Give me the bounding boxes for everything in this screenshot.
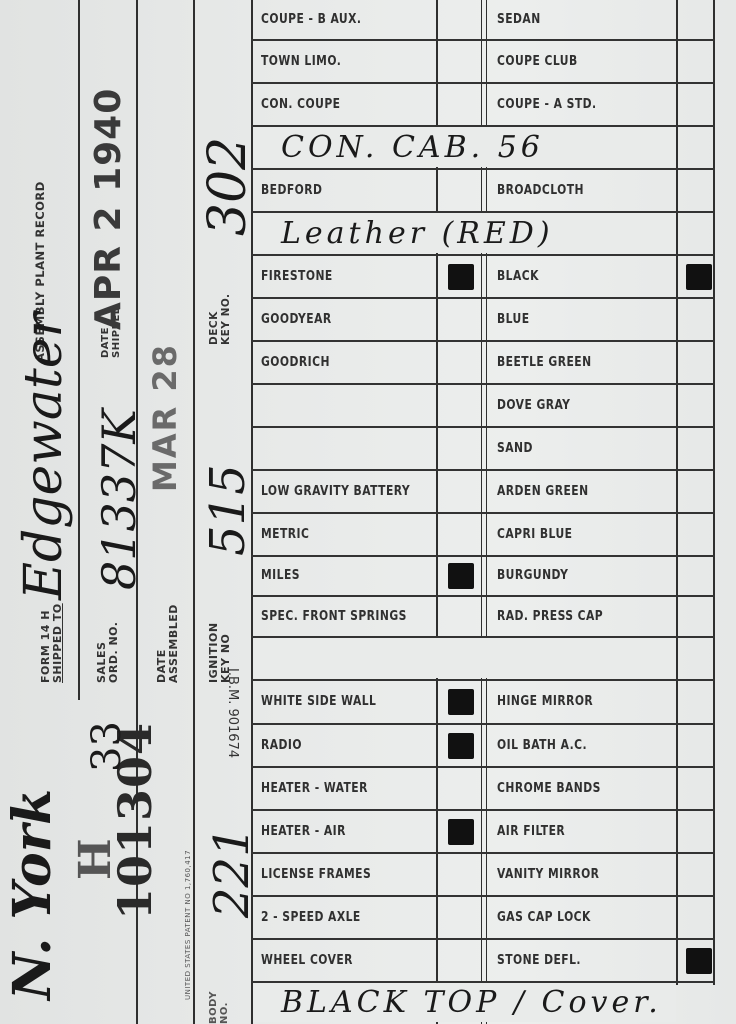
option-label-right: STONE DEFL.	[497, 953, 581, 969]
option-label-left: LICENSE FRAMES	[261, 867, 371, 883]
option-label-left: RADIO	[261, 738, 302, 754]
grid-row: DOVE GRAY	[251, 384, 715, 427]
date-assembled-stamp: MAR 28	[146, 343, 184, 492]
dealer-note: N. York	[2, 789, 63, 1000]
option-checkbox-left[interactable]	[438, 470, 483, 513]
option-checkbox-right[interactable]	[678, 427, 714, 470]
option-label-left: WHEEL COVER	[261, 953, 353, 969]
option-label-left: BEDFORD	[261, 183, 322, 199]
option-checkbox-left[interactable]	[438, 680, 483, 724]
option-checkbox-right[interactable]	[678, 83, 714, 126]
grid-row: BEDFORDBROADCLOTH	[251, 169, 715, 212]
option-label-left: FIRESTONE	[261, 269, 333, 285]
patent-text: UNITED STATES PATENT NO 1,760,417	[184, 850, 192, 1000]
grid-row: METRICCAPRI BLUE	[251, 513, 715, 556]
option-label-right: COUPE CLUB	[497, 54, 578, 70]
option-checkbox-right[interactable]	[678, 40, 714, 83]
option-checkbox-left[interactable]	[438, 255, 483, 298]
option-label-right: GAS CAP LOCK	[497, 910, 591, 926]
sales-ord-label: SALESORD. NO.	[96, 622, 120, 683]
option-label-right: CAPRI BLUE	[497, 527, 572, 543]
checked-mark-icon	[448, 563, 474, 589]
grid-row: MILESBURGUNDY	[251, 556, 715, 596]
grid-row: GOODRICHBEETLE GREEN	[251, 341, 715, 384]
option-label-left: HEATER - AIR	[261, 824, 346, 840]
option-checkbox-left[interactable]	[438, 341, 483, 384]
option-checkbox-left[interactable]	[438, 83, 483, 126]
option-label-left: WHITE SIDE WALL	[261, 694, 376, 710]
option-checkbox-left[interactable]	[438, 427, 483, 470]
option-checkbox-left[interactable]	[438, 724, 483, 767]
left-divider-1	[78, 0, 80, 700]
option-checkbox-left[interactable]	[438, 596, 483, 637]
option-label-right: OIL BATH A.C.	[497, 738, 587, 754]
option-checkbox-right[interactable]	[678, 341, 714, 384]
option-checkbox-left[interactable]	[438, 298, 483, 341]
option-label-left: TOWN LIMO.	[261, 54, 341, 70]
option-label-left: METRIC	[261, 527, 309, 543]
option-label-left: SPEC. FRONT SPRINGS	[261, 609, 407, 625]
ibm-number: I.B.M. 901674	[225, 668, 240, 758]
handwritten-note: CON. CAB. 56	[281, 130, 544, 166]
option-checkbox-left[interactable]	[438, 556, 483, 596]
checked-mark-icon	[686, 264, 712, 290]
option-label-right: AIR FILTER	[497, 824, 565, 840]
option-label-right: ARDEN GREEN	[497, 484, 589, 500]
option-checkbox-right[interactable]	[678, 169, 714, 212]
option-checkbox-left[interactable]	[438, 513, 483, 556]
deck-key-value: 302	[198, 137, 258, 236]
option-label-left: MILES	[261, 568, 300, 584]
grid-row: TOWN LIMO.COUPE CLUB	[251, 40, 715, 83]
option-checkbox-left[interactable]	[438, 169, 483, 212]
grid-row: BLACK TOP / Cover.	[251, 982, 715, 1024]
grid-row: HEATER - WATERCHROME BANDS	[251, 767, 715, 810]
option-label-left: COUPE - B AUX.	[261, 12, 361, 28]
option-label-left: LOW GRAVITY BATTERY	[261, 484, 410, 500]
option-label-left: CON. COUPE	[261, 97, 340, 113]
option-checkbox-left[interactable]	[438, 896, 483, 939]
handwritten-note: Leather (RED)	[281, 216, 554, 252]
handwritten-note: BLACK TOP / Cover.	[281, 985, 662, 1021]
option-checkbox-right[interactable]	[678, 556, 714, 596]
sales-ord-value: 81337K	[92, 409, 146, 590]
option-label-right: CHROME BANDS	[497, 781, 601, 797]
date-assembled-label: DATEASSEMBLED	[156, 604, 180, 683]
checked-mark-icon	[448, 733, 474, 759]
option-checkbox-left[interactable]	[438, 40, 483, 83]
option-label-right: SAND	[497, 441, 533, 457]
option-label-left: 2 - SPEED AXLE	[261, 910, 361, 926]
option-checkbox-right[interactable]	[678, 596, 714, 637]
option-label-right: BLACK	[497, 269, 539, 285]
option-checkbox-left[interactable]	[438, 810, 483, 853]
option-label-right: HINGE MIRROR	[497, 694, 593, 710]
merged-cell	[253, 638, 676, 678]
option-checkbox-left[interactable]	[438, 853, 483, 896]
option-checkbox-right[interactable]	[678, 939, 714, 982]
checked-mark-icon	[448, 264, 474, 290]
option-checkbox-right[interactable]	[678, 298, 714, 341]
form-number-label: FORM 14 H SHIPPED TO	[40, 603, 64, 683]
grid-row: SPEC. FRONT SPRINGSRAD. PRESS CAP	[251, 596, 715, 637]
option-label-right: RAD. PRESS CAP	[497, 609, 603, 625]
grid-row: CON. CAB. 56	[251, 126, 715, 169]
option-label-left: GOODYEAR	[261, 312, 332, 328]
grid-row: LOW GRAVITY BATTERYARDEN GREEN	[251, 470, 715, 513]
grid-row: 2 - SPEED AXLEGAS CAP LOCK	[251, 896, 715, 939]
option-checkbox-right[interactable]	[678, 680, 714, 724]
option-checkbox-left[interactable]	[438, 384, 483, 427]
deck-key-label: DECKKEY NO.	[208, 293, 232, 345]
option-checkbox-left[interactable]	[438, 939, 483, 982]
grid-row: COUPE - B AUX.SEDAN	[251, 0, 715, 40]
grid-row: LICENSE FRAMESVANITY MIRROR	[251, 853, 715, 896]
option-label-right: BLUE	[497, 312, 530, 328]
date-shipped-stamp: APR 2 1940	[88, 88, 129, 330]
option-label-right: SEDAN	[497, 12, 541, 28]
checked-mark-icon	[686, 948, 712, 974]
checked-mark-icon	[448, 819, 474, 845]
grid-row: WHITE SIDE WALLHINGE MIRROR	[251, 680, 715, 724]
option-label-right: VANITY MIRROR	[497, 867, 599, 883]
body-no-label: BODYNO.	[208, 991, 230, 1024]
option-label-left: GOODRICH	[261, 355, 330, 371]
grid-row: GOODYEARBLUE	[251, 298, 715, 341]
option-checkbox-right[interactable]	[678, 513, 714, 556]
option-checkbox-right[interactable]	[678, 0, 714, 40]
grid-row: WHEEL COVERSTONE DEFL.	[251, 939, 715, 982]
shipped-to-value: Edgewater	[14, 313, 74, 600]
option-checkbox-right[interactable]	[678, 767, 714, 810]
grid-row: HEATER - AIRAIR FILTER	[251, 810, 715, 853]
grid-row: CON. COUPECOUPE - A STD.	[251, 83, 715, 126]
option-checkbox-right[interactable]	[678, 255, 714, 298]
left-divider-3	[193, 0, 195, 1024]
option-checkbox-right[interactable]	[678, 724, 714, 767]
option-checkbox-right[interactable]	[678, 810, 714, 853]
grid-row: Leather (RED)	[251, 212, 715, 255]
option-label-right: COUPE - A STD.	[497, 97, 597, 113]
grid-row	[251, 637, 715, 680]
checked-mark-icon	[448, 689, 474, 715]
ignition-key-value: 515	[200, 464, 256, 556]
option-checkbox-left[interactable]	[438, 767, 483, 810]
option-label-right: BROADCLOTH	[497, 183, 584, 199]
option-checkbox-right[interactable]	[678, 853, 714, 896]
option-label-right: BEETLE GREEN	[497, 355, 592, 371]
option-checkbox-right[interactable]	[678, 470, 714, 513]
option-label-right: DOVE GRAY	[497, 398, 570, 414]
serial-suffix: 33	[84, 721, 130, 772]
grid-row: FIRESTONEBLACK	[251, 255, 715, 298]
assembly-plant-record-card: FORM 14 H SHIPPED TO ASSEMBLY PLANT RECO…	[0, 0, 736, 1024]
option-label-left: HEATER - WATER	[261, 781, 368, 797]
grid-row: RADIOOIL BATH A.C.	[251, 724, 715, 767]
option-label-right: BURGUNDY	[497, 568, 568, 584]
option-checkbox-right[interactable]	[678, 384, 714, 427]
option-checkbox-left[interactable]	[438, 0, 483, 40]
grid-row: SAND	[251, 427, 715, 470]
option-checkbox-right[interactable]	[678, 896, 714, 939]
